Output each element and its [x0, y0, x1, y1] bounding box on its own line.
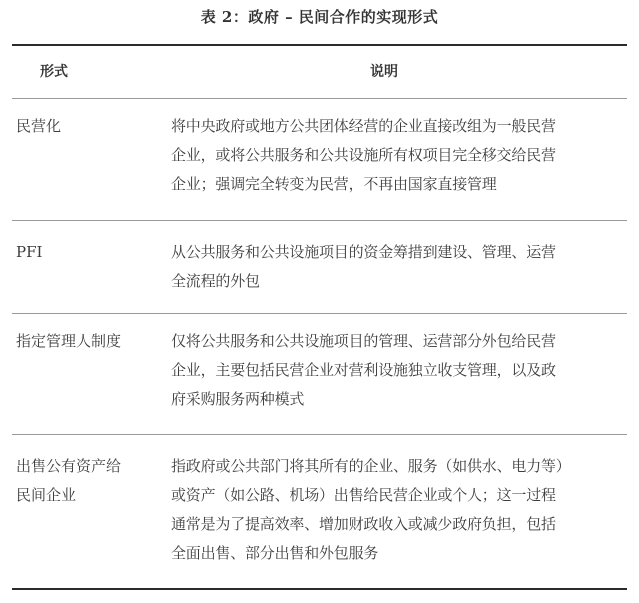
bottom-rule — [12, 588, 627, 590]
table-caption: 表 2：政府 – 民间合作的实现形式 — [0, 6, 639, 27]
top-rule — [12, 44, 627, 46]
header-rule — [12, 98, 627, 99]
row-form: PFI — [16, 238, 156, 267]
row-form: 指定管理人制度 — [16, 327, 156, 356]
row-description: 将中央政府或地方公共团体经营的企业直接改组为一般民营 企业，或将公共服务和公共设… — [171, 112, 631, 199]
header-description: 说明 — [370, 61, 398, 81]
row-form: 民营化 — [16, 112, 156, 141]
header-form: 形式 — [40, 61, 68, 81]
row-form: 出售公有资产给 民间企业 — [16, 452, 156, 510]
row-rule — [12, 313, 627, 314]
row-rule — [12, 220, 627, 221]
row-description: 从公共服务和公共设施项目的资金筹措到建设、管理、运营 全流程的外包 — [171, 238, 631, 296]
row-description: 仅将公共服务和公共设施项目的管理、运营部分外包给民营 企业，主要包括民营企业对营… — [171, 327, 631, 414]
row-description: 指政府或公共部门将其所有的企业、服务（如供水、电力等） 或资产（如公路、机场）出… — [171, 452, 631, 568]
row-rule — [12, 434, 627, 435]
